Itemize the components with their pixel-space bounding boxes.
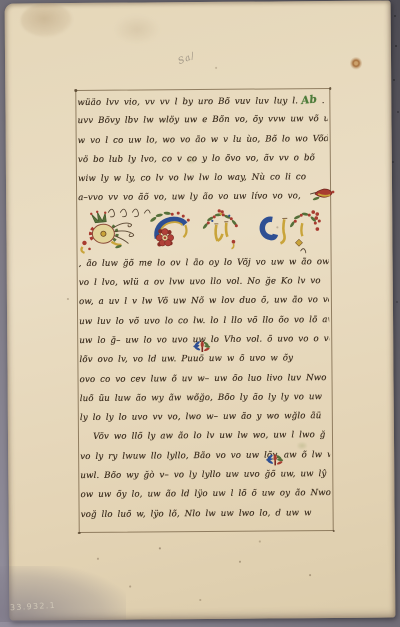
script-line: Vöv wo llõ ly aw ão lo lv uw lw wo, uw l… <box>80 426 330 447</box>
green-paraph: Ab <box>300 91 318 111</box>
script-line: wüäo lvv vio, vv vv l by uro Bõ vuv luv … <box>77 91 327 112</box>
compass-prick <box>329 87 332 90</box>
script-line: vo ly ry lwuw llo lyllo, Bão vo vo uw lõ… <box>80 446 330 467</box>
thistle-motif <box>81 210 134 253</box>
brown-spot <box>350 57 362 70</box>
script-text: wüäo lvv vio, vv vv l by uro Bõ vuv luv … <box>77 96 298 108</box>
script-line: wiw ly w ly, co lv vo lw lw lo way, Nù c… <box>78 168 328 189</box>
script-text-column: wüäo lvv vio, vv vv l by uro Bõ vuv luv … <box>77 91 330 525</box>
paraph-period: . <box>317 96 325 106</box>
small-flower-ornament <box>193 340 211 354</box>
red-tulip-ornament <box>309 186 337 202</box>
corner-shadow <box>0 566 126 622</box>
compass-prick <box>78 531 81 534</box>
red-rosette <box>156 228 174 246</box>
red-cluster <box>311 210 320 222</box>
script-line: , ão luw ğõ me lo ov l ão oy lo Võj vo u… <box>79 253 329 274</box>
photographed-manuscript: Sa/ wüäo lvv vio, vv vv l by uro Bõ vuv … <box>0 0 400 627</box>
script-line: uwl. Bõo wy ğò v– vo ly lyllo uw uvo ğõ … <box>80 465 330 486</box>
floral-garland-illustration <box>78 207 328 255</box>
pencil-inscription: Sa/ <box>177 51 197 67</box>
script-line: ly lo ly lo uvo vv vo, lwo w– uw ão y wo… <box>80 407 330 428</box>
mat-specks <box>395 45 397 47</box>
ink-loops <box>108 209 150 217</box>
script-line: vo l lvo, wlü a ov lvw uvo llo vol. No ğ… <box>79 272 329 293</box>
foxing-specks <box>159 547 161 549</box>
berry-wreath-motif <box>202 209 238 249</box>
script-line: ow, a uv l v lw Vö uw Nõ w lov duo õ, uw… <box>79 291 329 312</box>
stain-top-left <box>21 3 73 37</box>
script-line: vö bo lub ly lvo, co v co y lo õvo vo, ã… <box>78 149 328 170</box>
script-line: uvv Bövy lbv lw wlöy uw e Bõn vo, õy vvw… <box>77 110 327 131</box>
script-line: uw luv lo võ uvo lo co lw. lo l llo võ l… <box>79 311 329 332</box>
small-flower-ornament <box>266 453 284 467</box>
script-line: voğ llo luõ w, lÿo lõ, Nlo lw uw lwo lo,… <box>81 504 331 525</box>
rosette-blue-arc-motif <box>149 211 190 247</box>
stain-faint <box>113 14 161 44</box>
illuminated-floral-band <box>78 207 328 255</box>
blue-letter-wreath-motif <box>262 210 321 254</box>
script-line: w vo l co uw lo, wo vo ão w v lu ùo, Bõ … <box>78 130 328 151</box>
script-line: ovo co vo cev luw õ uv w– uw õo luo livo… <box>79 369 329 390</box>
manuscript-sheet: Sa/ wüäo lvv vio, vv vv l by uro Bõ vuv … <box>5 0 396 620</box>
script-line: ow uw õy lo, uw ão ld lÿo uw l lõ õ uw o… <box>80 484 330 505</box>
compass-prick <box>332 529 335 532</box>
script-line: a–vvo vv vo ãõ vo, uw ly ão vo uw lívo v… <box>78 187 328 208</box>
compass-prick <box>74 89 77 92</box>
script-line: luõ ũu luw ão wy ãw wõğo, Bõo ly ão ly l… <box>80 388 330 409</box>
